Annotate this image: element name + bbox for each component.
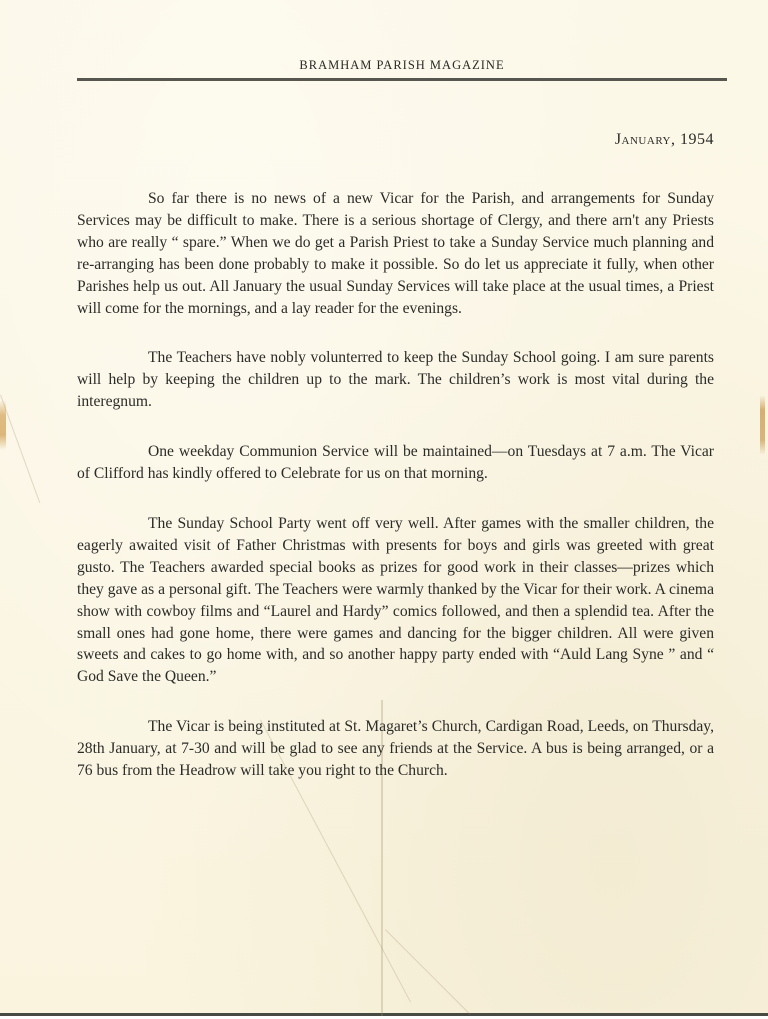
masthead-title: BRAMHAM PARISH MAGAZINE	[77, 58, 727, 73]
masthead-rule	[77, 78, 727, 81]
paper-stain	[0, 400, 6, 450]
article-body: So far there is no news of a new Vicar f…	[77, 188, 714, 810]
magazine-page: BRAMHAM PARISH MAGAZINE January, 1954 So…	[0, 0, 768, 1016]
dateline: January, 1954	[500, 131, 714, 149]
paragraph-sunday-school: The Teachers have nobly volunterred to k…	[77, 347, 714, 413]
paper-fold-crease	[0, 395, 40, 503]
paragraph-vicar-institution: The Vicar is being instituted at St. Mag…	[77, 716, 714, 782]
paper-stain	[760, 395, 765, 455]
paragraph-communion-service: One weekday Communion Service will be ma…	[77, 441, 714, 485]
paper-fold-crease	[385, 929, 471, 1015]
paragraph-vicar-news: So far there is no news of a new Vicar f…	[77, 188, 714, 319]
paragraph-sunday-school-party: The Sunday School Party went off very we…	[77, 513, 714, 688]
